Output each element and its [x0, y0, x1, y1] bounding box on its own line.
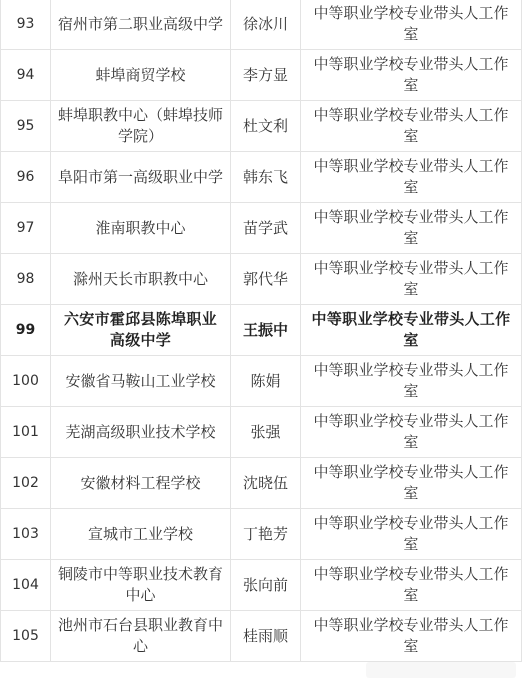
school-name: 池州市石台县职业教育中心 — [51, 611, 231, 662]
school-name: 芜湖高级职业技术学校 — [51, 407, 231, 458]
table-row: 102 安徽材料工程学校 沈晓伍 中等职业学校专业带头人工作室 — [1, 458, 522, 509]
school-name: 六安市霍邱县陈埠职业高级中学 — [51, 305, 231, 356]
table-row: 93 宿州市第二职业高级中学 徐冰川 中等职业学校专业带头人工作室 — [1, 0, 522, 50]
studio-type: 中等职业学校专业带头人工作室 — [301, 509, 522, 560]
school-name: 淮南职教中心 — [51, 203, 231, 254]
studio-type: 中等职业学校专业带头人工作室 — [301, 305, 522, 356]
person-name: 丁艳芳 — [231, 509, 301, 560]
row-number: 100 — [1, 356, 51, 407]
school-name: 蚌埠职教中心（蚌埠技师学院） — [51, 101, 231, 152]
table-row: 101 芜湖高级职业技术学校 张强 中等职业学校专业带头人工作室 — [1, 407, 522, 458]
school-name: 蚌埠商贸学校 — [51, 50, 231, 101]
school-name: 安徽省马鞍山工业学校 — [51, 356, 231, 407]
table-row: 94 蚌埠商贸学校 李方显 中等职业学校专业带头人工作室 — [1, 50, 522, 101]
table-row: 103 宣城市工业学校 丁艳芳 中等职业学校专业带头人工作室 — [1, 509, 522, 560]
table-row: 98 滁州天长市职教中心 郭代华 中等职业学校专业带头人工作室 — [1, 254, 522, 305]
table-row: 105 池州市石台县职业教育中心 桂雨顺 中等职业学校专业带头人工作室 — [1, 611, 522, 662]
table-row: 97 淮南职教中心 苗学武 中等职业学校专业带头人工作室 — [1, 203, 522, 254]
person-name: 杜文利 — [231, 101, 301, 152]
studio-type: 中等职业学校专业带头人工作室 — [301, 101, 522, 152]
person-name: 陈娟 — [231, 356, 301, 407]
studio-type: 中等职业学校专业带头人工作室 — [301, 611, 522, 662]
studio-type: 中等职业学校专业带头人工作室 — [301, 356, 522, 407]
school-name: 宿州市第二职业高级中学 — [51, 0, 231, 50]
studio-type: 中等职业学校专业带头人工作室 — [301, 152, 522, 203]
table-row-highlighted: 99 六安市霍邱县陈埠职业高级中学 王振中 中等职业学校专业带头人工作室 — [1, 305, 522, 356]
person-name: 徐冰川 — [231, 0, 301, 50]
row-number: 98 — [1, 254, 51, 305]
row-number: 99 — [1, 305, 51, 356]
person-name: 张强 — [231, 407, 301, 458]
row-number: 95 — [1, 101, 51, 152]
school-name: 滁州天长市职教中心 — [51, 254, 231, 305]
row-number: 94 — [1, 50, 51, 101]
person-name: 桂雨顺 — [231, 611, 301, 662]
row-number: 96 — [1, 152, 51, 203]
studio-type: 中等职业学校专业带头人工作室 — [301, 560, 522, 611]
row-number: 102 — [1, 458, 51, 509]
table-row: 100 安徽省马鞍山工业学校 陈娟 中等职业学校专业带头人工作室 — [1, 356, 522, 407]
school-name: 宣城市工业学校 — [51, 509, 231, 560]
person-name: 郭代华 — [231, 254, 301, 305]
table-row: 95 蚌埠职教中心（蚌埠技师学院） 杜文利 中等职业学校专业带头人工作室 — [1, 101, 522, 152]
row-number: 93 — [1, 0, 51, 50]
row-number: 97 — [1, 203, 51, 254]
studio-type: 中等职业学校专业带头人工作室 — [301, 458, 522, 509]
school-name: 安徽材料工程学校 — [51, 458, 231, 509]
studio-roster-table: 93 宿州市第二职业高级中学 徐冰川 中等职业学校专业带头人工作室 94 蚌埠商… — [0, 0, 522, 662]
faded-watermark — [366, 662, 516, 678]
table-row: 104 铜陵市中等职业技术教育中心 张向前 中等职业学校专业带头人工作室 — [1, 560, 522, 611]
row-number: 103 — [1, 509, 51, 560]
school-name: 铜陵市中等职业技术教育中心 — [51, 560, 231, 611]
person-name: 王振中 — [231, 305, 301, 356]
person-name: 苗学武 — [231, 203, 301, 254]
studio-type: 中等职业学校专业带头人工作室 — [301, 50, 522, 101]
person-name: 张向前 — [231, 560, 301, 611]
row-number: 101 — [1, 407, 51, 458]
studio-type: 中等职业学校专业带头人工作室 — [301, 254, 522, 305]
person-name: 韩东飞 — [231, 152, 301, 203]
studio-type: 中等职业学校专业带头人工作室 — [301, 407, 522, 458]
table-row: 96 阜阳市第一高级职业中学 韩东飞 中等职业学校专业带头人工作室 — [1, 152, 522, 203]
row-number: 104 — [1, 560, 51, 611]
studio-type: 中等职业学校专业带头人工作室 — [301, 203, 522, 254]
school-name: 阜阳市第一高级职业中学 — [51, 152, 231, 203]
person-name: 沈晓伍 — [231, 458, 301, 509]
person-name: 李方显 — [231, 50, 301, 101]
row-number: 105 — [1, 611, 51, 662]
studio-type: 中等职业学校专业带头人工作室 — [301, 0, 522, 50]
